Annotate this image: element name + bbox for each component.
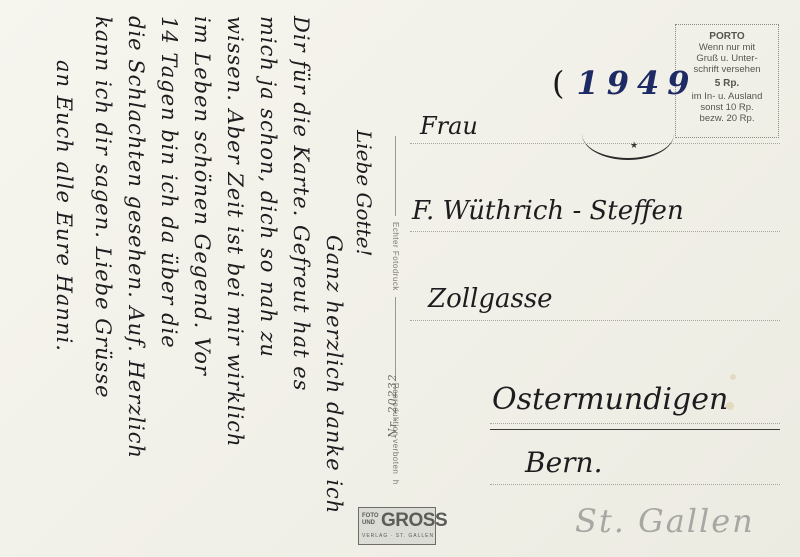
address-canton: Bern. (525, 446, 602, 479)
message-line: an Euch alle Eure Hanni. (52, 60, 76, 352)
divider-text-left: Echter Fotodruck (391, 222, 400, 291)
year-annotation: (1949 (552, 64, 698, 102)
publisher-subtitle: VERLAG · ST. GALLEN (362, 533, 434, 539)
postage-line: Wenn nur mit (676, 42, 778, 53)
message-line: 14 Tagen bin ich da über die (157, 16, 181, 349)
publisher-small-line1: FOTO (362, 513, 379, 519)
divider-text-suffix: h (391, 480, 400, 485)
town-underline (490, 429, 780, 430)
pencil-note: St. Gallen (575, 502, 755, 540)
address-dotted-line (490, 423, 780, 424)
postage-line: sonst 10 Rp. (676, 102, 778, 113)
address-town: Ostermundigen (492, 382, 728, 417)
address-dotted-line (410, 143, 780, 144)
card-number: Nr. 20232 (386, 373, 399, 438)
year-bracket: ( (552, 64, 572, 102)
publisher-logo: FOTO UND GROSS VERLAG · ST. GALLEN (358, 507, 436, 545)
address-dotted-line (410, 320, 780, 321)
message-line: Dir für die Karte. Gefreut hat es (289, 16, 313, 391)
message-line: wissen. Aber Zeit ist bei mir wirklich (223, 16, 247, 448)
postage-title: PORTO (676, 31, 778, 42)
publisher-small-line2: UND (362, 520, 375, 526)
postcard-back: Liebe Gotte! Ganz herzlich danke ich Dir… (0, 0, 800, 557)
publisher-name: GROSS (381, 510, 447, 532)
address-name: F. Wüthrich - Steffen (412, 196, 684, 226)
postmark-arc (582, 108, 674, 160)
message-line: im Leben schönen Gegend. Vor (190, 16, 214, 376)
stain-mark (730, 374, 736, 380)
message-salutation: Liebe Gotte! (352, 130, 376, 256)
postage-line: Gruß u. Unter- (676, 53, 778, 64)
address-dotted-line (410, 231, 780, 232)
year-value: 1949 (576, 64, 697, 102)
message-line: mich ja schon, dich so nah zu (256, 16, 280, 358)
publisher-logo-small: FOTO UND (362, 513, 379, 527)
postage-line: bezw. 20 Rp. (676, 113, 778, 124)
address-dotted-line (490, 484, 780, 485)
message-line: kann ich dir sagen. Liebe Grüsse (91, 16, 115, 399)
address-salutation: Frau (420, 112, 478, 140)
message-line: die Schlachten gesehen. Auf. Herzlich (124, 16, 148, 459)
address-street: Zollgasse (428, 284, 553, 314)
message-line: Ganz herzlich danke ich (322, 235, 346, 514)
